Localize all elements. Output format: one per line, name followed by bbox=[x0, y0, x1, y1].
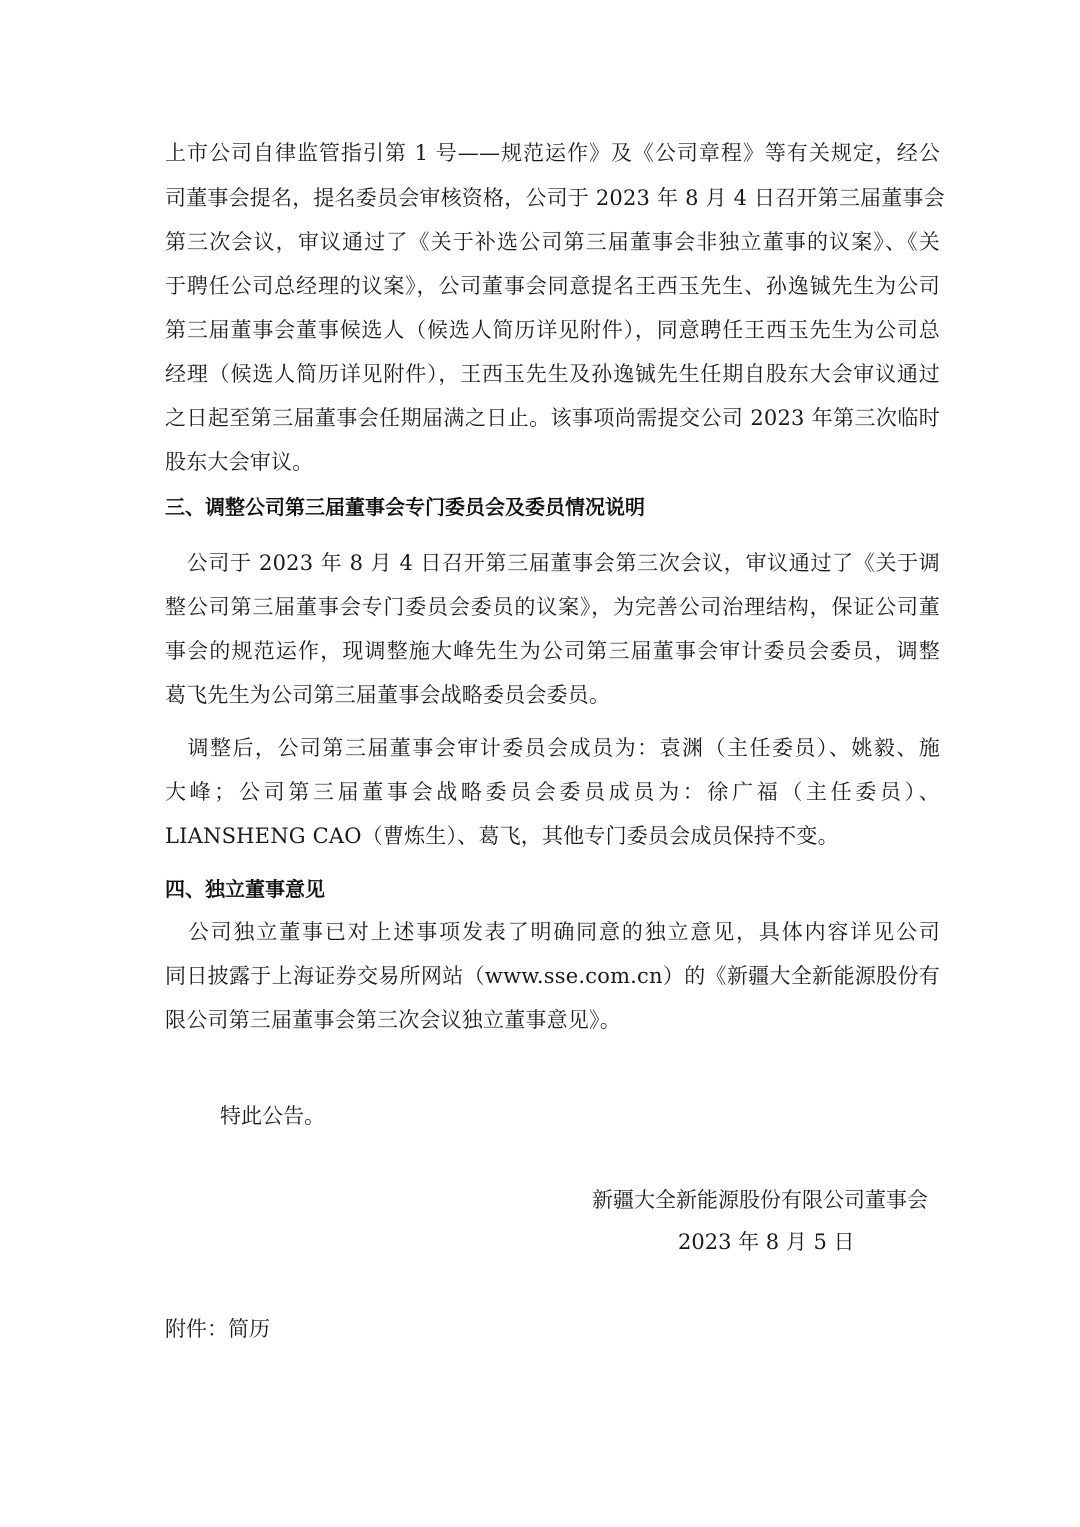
section4-heading: 四、独立董事意见 bbox=[165, 875, 325, 903]
text-line: 股东大会审议。 bbox=[165, 448, 940, 476]
text-line: 第三次会议，审议通过了《关于补选公司第三届董事会非独立董事的议案》、《关 bbox=[165, 228, 940, 256]
text-line: 整公司第三届董事会专门委员会委员的议案》，为完善公司治理结构，保证公司董 bbox=[165, 593, 940, 621]
text-line: 葛飞先生为公司第三届董事会战略委员会委员。 bbox=[165, 681, 940, 709]
document-page: 上市公司自律监管指引第 1 号——规范运作》及《公司章程》等有关规定，经公 司董… bbox=[0, 0, 1080, 1527]
attachment-label: 附件：简历 bbox=[165, 1315, 270, 1343]
text-line: 公司独立董事已对上述事项发表了明确同意的独立意见，具体内容详见公司 bbox=[165, 918, 940, 946]
signature-company: 新疆大全新能源股份有限公司董事会 bbox=[592, 1186, 928, 1214]
closing-text: 特此公告。 bbox=[220, 1102, 325, 1130]
text-line: LIANSHENG CAO（曹炼生）、葛飞，其他专门委员会成员保持不变。 bbox=[165, 822, 940, 850]
text-line: 经理（候选人简历详见附件），王西玉先生及孙逸铖先生任期自股东大会审议通过 bbox=[165, 360, 940, 388]
text-line: 第三届董事会董事候选人（候选人简历详见附件），同意聘任王西玉先生为公司总 bbox=[165, 316, 940, 344]
text-line: 公司于 2023 年 8 月 4 日召开第三届董事会第三次会议，审议通过了《关于… bbox=[165, 549, 940, 577]
text-line: 于聘任公司总经理的议案》，公司董事会同意提名王西玉先生、孙逸铖先生为公司 bbox=[165, 272, 940, 300]
text-line: 限公司第三届董事会第三次会议独立董事意见》。 bbox=[165, 1006, 940, 1034]
text-line: 大峰；公司第三届董事会战略委员会委员成员为：徐广福（主任委员）、 bbox=[165, 778, 940, 806]
text-line: 上市公司自律监管指引第 1 号——规范运作》及《公司章程》等有关规定，经公 bbox=[165, 139, 940, 167]
text-line: 司董事会提名，提名委员会审核资格，公司于 2023 年 8 月 4 日召开第三届… bbox=[165, 184, 940, 212]
section3-heading: 三、调整公司第三届董事会专门委员会及委员情况说明 bbox=[165, 493, 645, 521]
text-line: 调整后，公司第三届董事会审计委员会成员为：袁渊（主任委员）、姚毅、施 bbox=[165, 734, 940, 762]
text-line: 之日起至第三届董事会任期届满之日止。该事项尚需提交公司 2023 年第三次临时 bbox=[165, 404, 940, 432]
text-line: 事会的规范运作，现调整施大峰先生为公司第三届董事会审计委员会委员，调整 bbox=[165, 637, 940, 665]
signature-date: 2023 年 8 月 5 日 bbox=[678, 1228, 855, 1256]
text-line: 同日披露于上海证券交易所网站（www.sse.com.cn）的《新疆大全新能源股… bbox=[165, 962, 940, 990]
